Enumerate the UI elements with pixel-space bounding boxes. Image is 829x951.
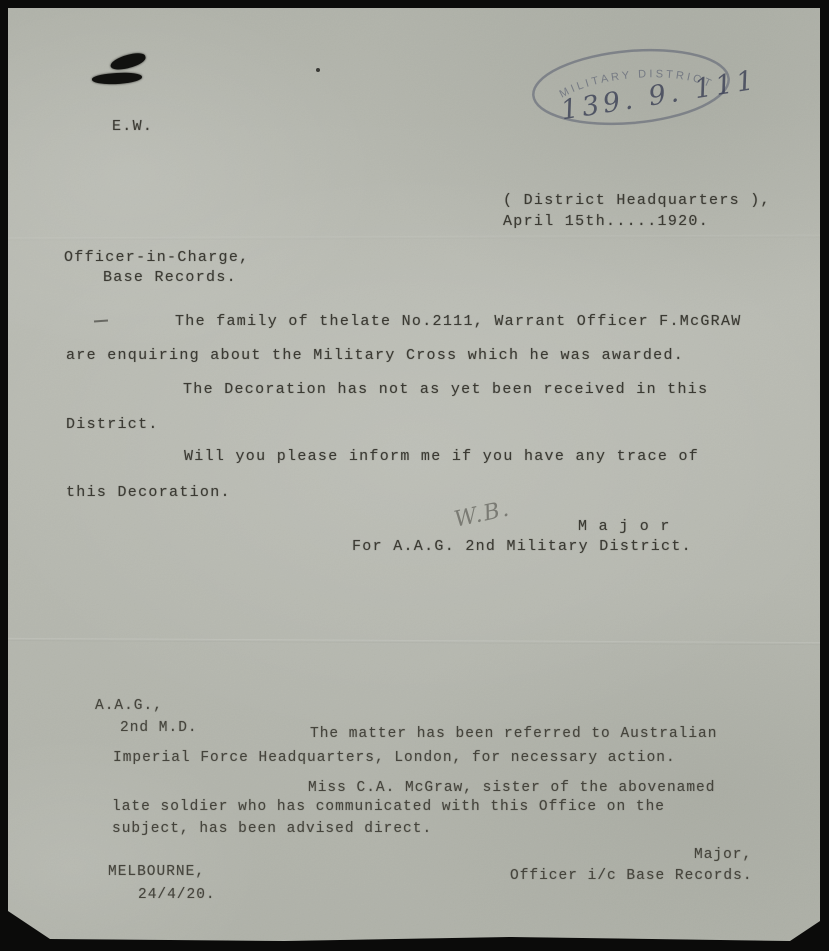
body-p2-line1: The Decoration has not as yet been recei… xyxy=(183,381,708,398)
reply-signature-rank: Major, xyxy=(694,847,752,863)
reply-p2-line3: subject, has been advised direct. xyxy=(112,821,432,837)
reply-p1-line2: Imperial Force Headquarters, London, for… xyxy=(113,750,676,766)
clerk-initials: E.W. xyxy=(112,118,153,135)
heading-district: ( District Headquarters ), xyxy=(503,192,771,209)
pencil-dash-mark xyxy=(94,320,108,323)
ink-blot xyxy=(92,71,143,85)
body-p1-line2: are enquiring about the Military Cross w… xyxy=(66,347,684,364)
body-p3-line2: this Decoration. xyxy=(66,484,231,501)
scanned-letter-page: { "stamp": { "arc_text": "MILITARY DISTR… xyxy=(0,0,829,951)
reply-to-line1: A.A.G., xyxy=(95,698,163,714)
addressee-line2: Base Records. xyxy=(103,269,237,286)
ink-blot xyxy=(109,51,147,72)
signature-for-line: For A.A.G. 2nd Military District. xyxy=(352,538,692,555)
reply-to-line2: 2nd M.D. xyxy=(120,720,198,736)
body-p2-line2: District. xyxy=(66,416,159,433)
body-p1-line1: The family of thelate No.2111, Warrant O… xyxy=(175,313,742,330)
reply-p2-line2: late soldier who has communicated with t… xyxy=(112,799,665,815)
letter-page: MILITARY DISTRICT 139. 9. 111 E.W. ( Dis… xyxy=(8,8,820,941)
fold-crease xyxy=(8,235,820,241)
reply-signature-title: Officer i/c Base Records. xyxy=(510,868,753,884)
fold-crease xyxy=(8,638,820,645)
reply-date: 24/4/20. xyxy=(138,887,216,903)
body-p3-line1: Will you please inform me if you have an… xyxy=(184,448,699,465)
ink-dot xyxy=(316,68,320,72)
reply-place: MELBOURNE, xyxy=(108,864,205,880)
reply-p2-line1: Miss C.A. McGraw, sister of the abovenam… xyxy=(308,780,715,796)
addressee-line1: Officer-in-Charge, xyxy=(64,249,249,266)
signature-rank: M a j o r xyxy=(578,518,671,535)
handwritten-signature-initials: W.B. xyxy=(452,496,513,532)
reply-p1-line1: The matter has been referred to Australi… xyxy=(310,726,717,742)
heading-date: April 15th.....1920. xyxy=(503,213,709,230)
